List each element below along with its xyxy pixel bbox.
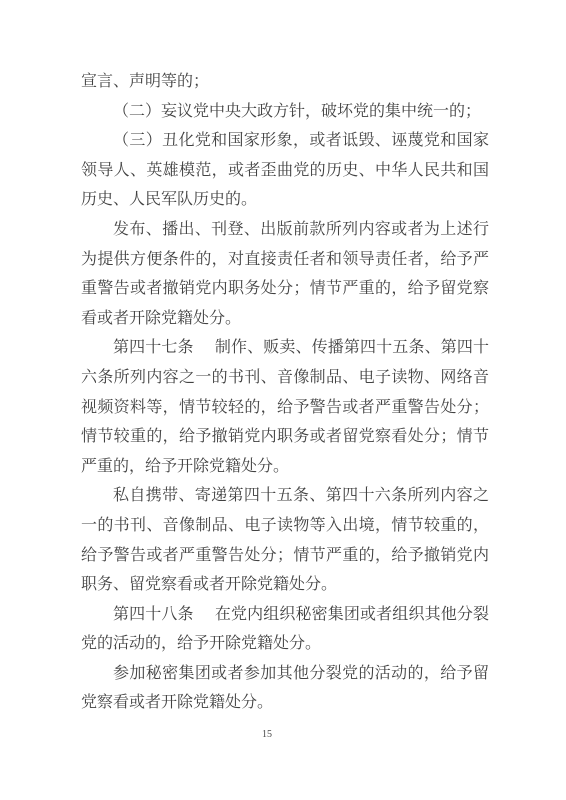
article-paragraph-48: 第四十八条在党内组织秘密集团或者组织其他分裂党的活动的，给予开除党籍处分。 [81,600,489,659]
body-paragraph: 发布、播出、刊登、出版前款所列内容或者为上述行为提供方便条件的，对直接责任者和领… [81,215,489,333]
body-paragraph: 参加秘密集团或者参加其他分裂党的活动的，给予留党察看或者开除党籍处分。 [81,659,489,718]
document-body: 宣言、声明等的； （二）妄议党中央大政方针，破坏党的集中统一的； （三）丑化党和… [81,67,489,718]
page-number: 15 [0,729,534,741]
article-number-gap [194,618,215,619]
body-paragraph-item-2: （二）妄议党中央大政方针，破坏党的集中统一的； [81,97,489,127]
body-paragraph: 私自携带、寄递第四十五条、第四十六条所列内容之一的书刊、音像制品、电子读物等入出… [81,481,489,599]
article-text: 制作、贩卖、传播第四十五条、第四十六条所列内容之一的书刊、音像制品、电子读物、网… [81,339,489,474]
article-number: 第四十八条 [113,606,194,623]
body-paragraph-item-3: （三）丑化党和国家形象，或者诋毁、诬蔑党和国家领导人、英雄模范，或者歪曲党的历史… [81,126,489,215]
document-page: 宣言、声明等的； （二）妄议党中央大政方针，破坏党的集中统一的； （三）丑化党和… [0,0,566,800]
body-paragraph-continuation: 宣言、声明等的； [81,67,489,97]
article-paragraph-47: 第四十七条制作、贩卖、传播第四十五条、第四十六条所列内容之一的书刊、音像制品、电… [81,333,489,481]
article-number: 第四十七条 [113,339,194,356]
article-number-gap [194,351,215,352]
